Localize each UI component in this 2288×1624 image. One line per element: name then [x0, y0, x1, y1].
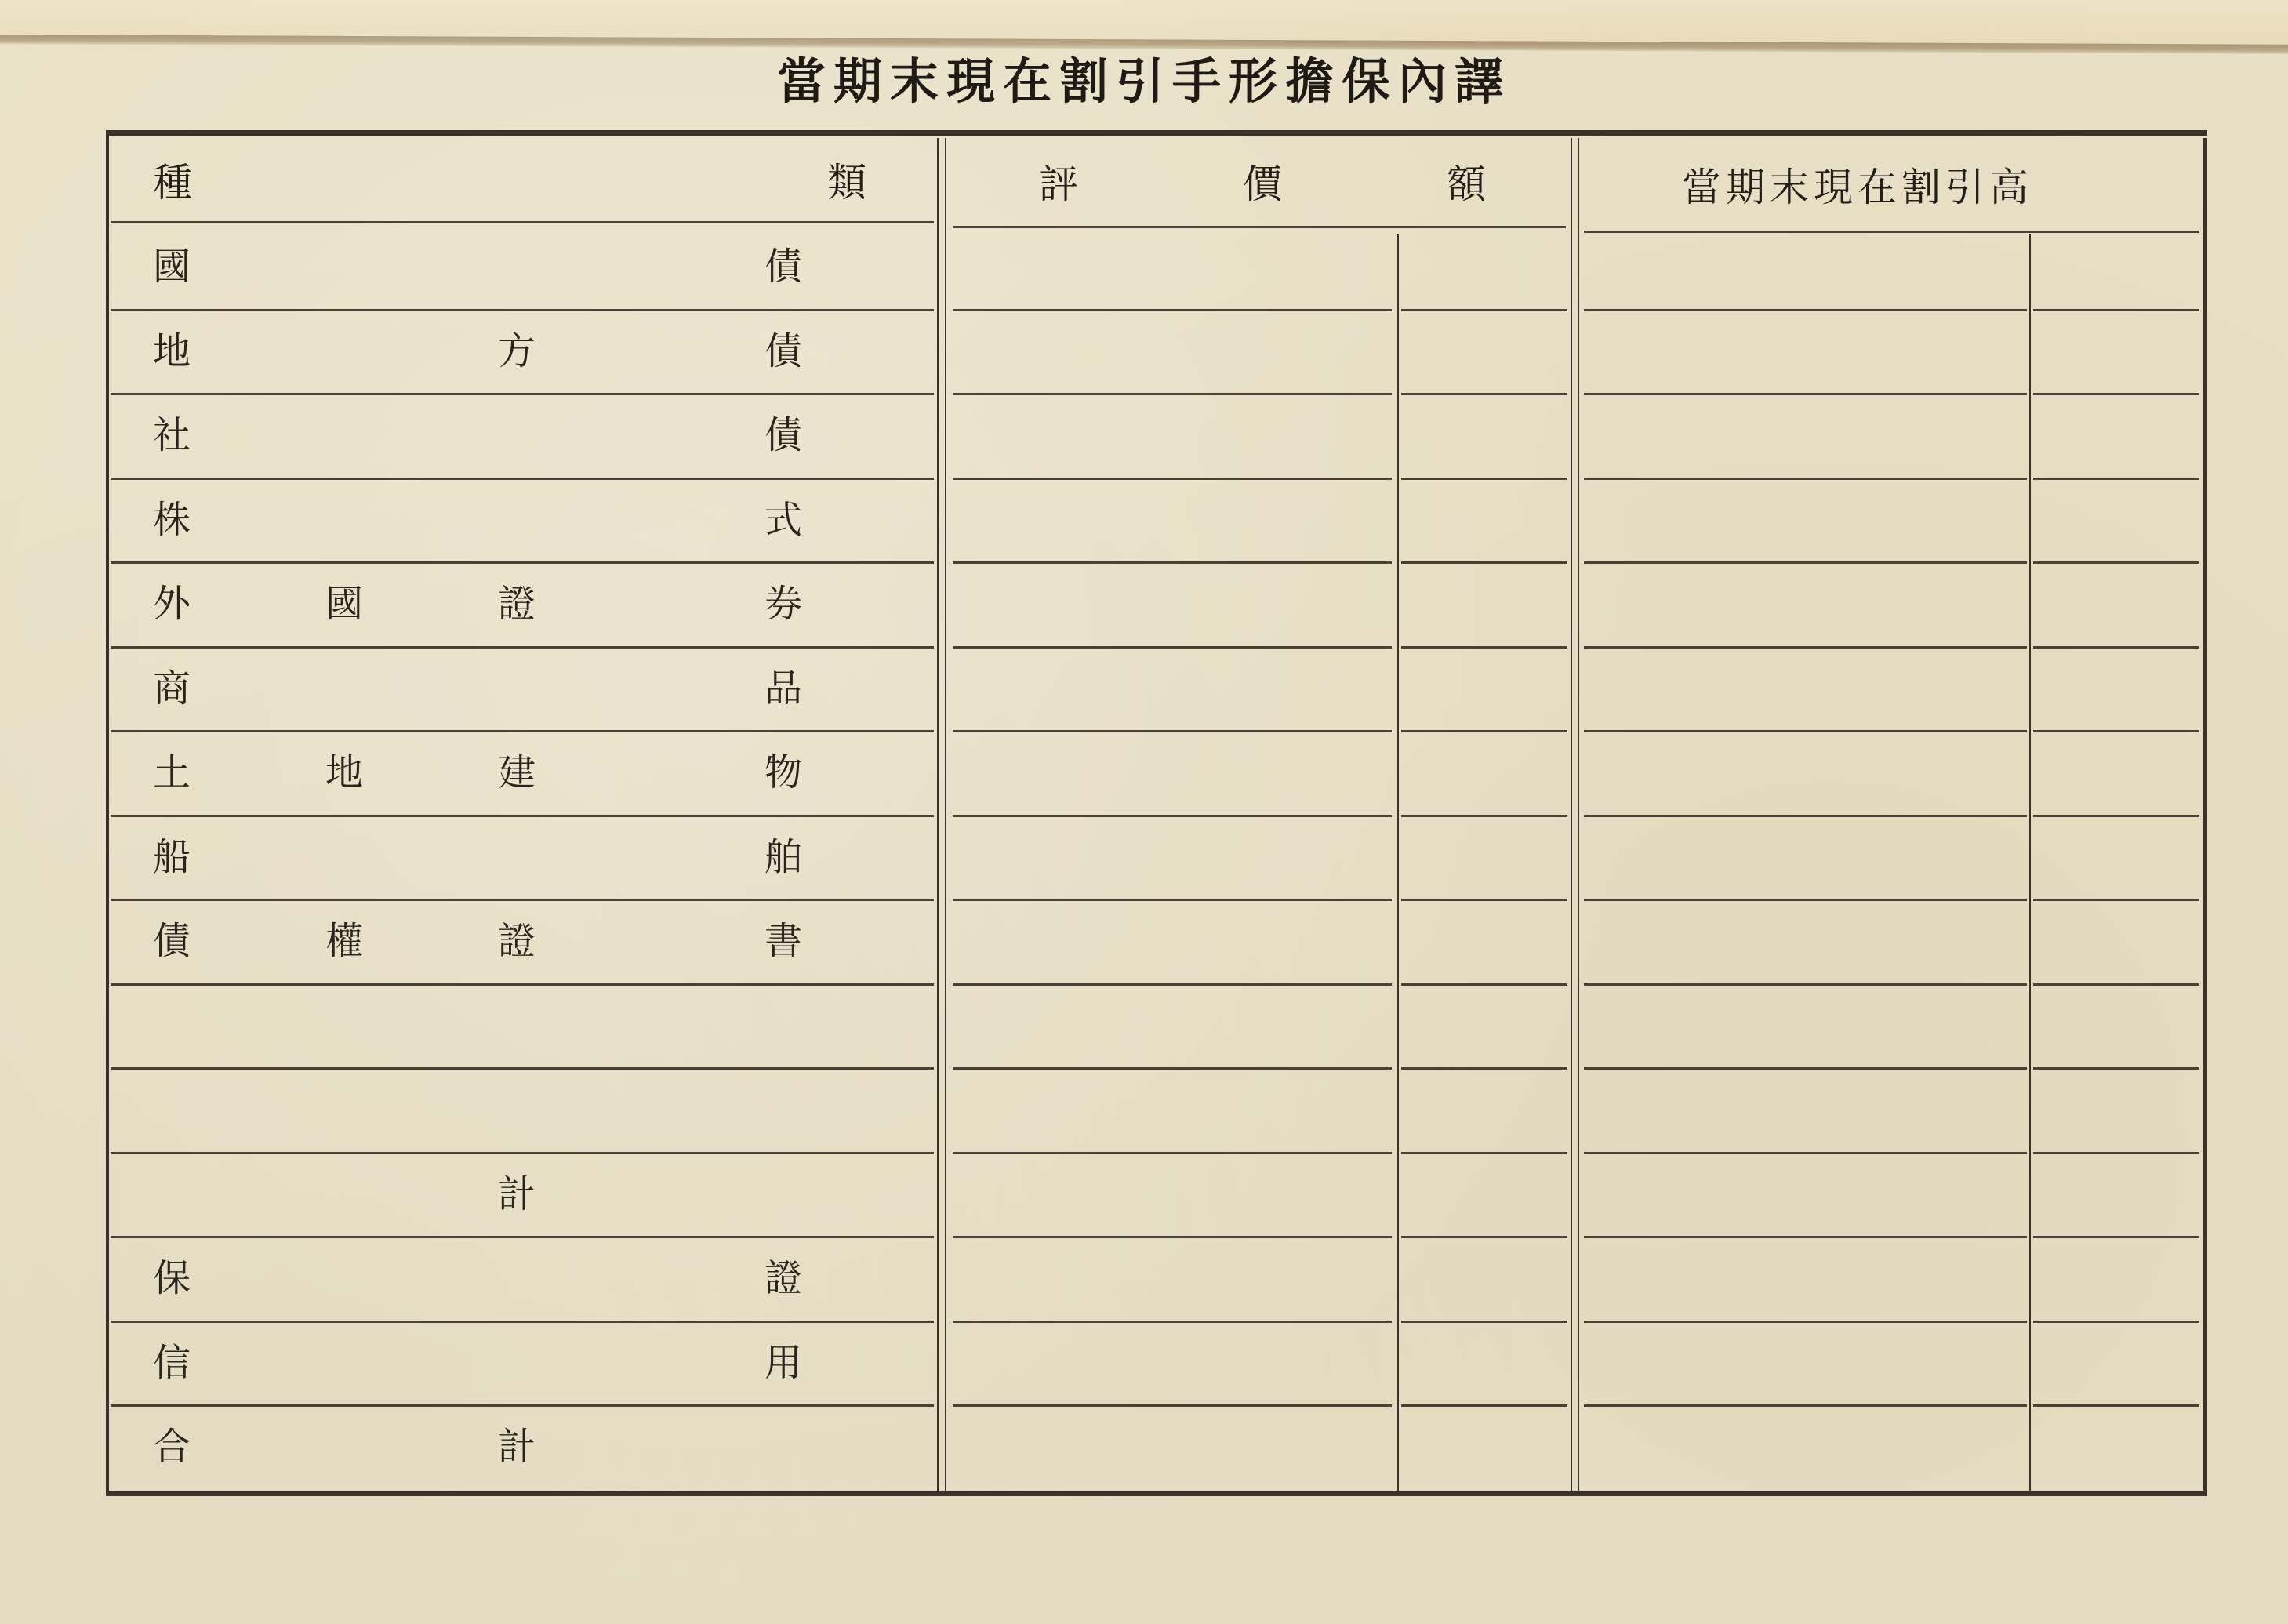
row-rule-valuation	[953, 309, 1392, 311]
balance-cell	[1584, 1070, 2027, 1149]
header-kind-right: 類	[827, 163, 866, 202]
page-title: 當期末現在割引手形擔保內譯	[0, 42, 2288, 112]
row-rule-balance	[1584, 1067, 2027, 1070]
valuation-cell	[953, 649, 1392, 728]
row-rule-balance	[1584, 983, 2027, 986]
row-label-char: 計	[498, 1175, 536, 1213]
valuation-cell	[953, 312, 1392, 391]
row-rule-valuation-sub	[1401, 309, 1567, 311]
table-row-label: 地方債	[106, 309, 937, 392]
valuation-sub-cell	[1401, 902, 1567, 980]
valuation-sub-cell	[1401, 1324, 1567, 1402]
header-discount-balance: 當期末現在割引高	[1682, 168, 2033, 207]
valuation-sub-cell	[1401, 481, 1567, 559]
balance-sub-cell	[2033, 312, 2199, 391]
header-kind-left: 種	[153, 163, 192, 202]
table-row-label: 信用	[106, 1321, 937, 1404]
row-label-char: 證	[764, 1259, 802, 1297]
row-rule-valuation	[953, 1067, 1392, 1070]
balance-sub-cell	[2033, 1239, 2199, 1317]
row-rule-balance-sub	[2033, 478, 2199, 480]
header-valuation-2: 價	[1243, 165, 1282, 204]
row-rule-valuation-sub	[1401, 1152, 1567, 1154]
table-row-label	[106, 983, 937, 1066]
divider-kind-valuation-a	[937, 138, 939, 1491]
table-row-label: 債權證書	[106, 899, 937, 982]
row-rule-balance	[1584, 646, 2027, 649]
row-rule-balance	[1584, 393, 2027, 395]
row-rule-valuation	[953, 1236, 1392, 1238]
header-bottom-rule-kind	[111, 221, 934, 223]
table-right-border	[2203, 138, 2207, 1495]
balance-sub-cell	[2033, 227, 2199, 306]
valuation-cell	[953, 986, 1392, 1065]
balance-sub-cell	[2033, 1155, 2199, 1233]
row-rule-valuation-sub	[1401, 646, 1567, 649]
row-label-char: 土	[153, 754, 191, 791]
header-valuation-1: 評	[1039, 165, 1078, 204]
valuation-sub-cell	[1401, 227, 1567, 306]
table-row-label: 船舶	[106, 815, 937, 898]
row-rule-valuation	[953, 1152, 1392, 1154]
row-label-char: 合	[153, 1428, 191, 1466]
divider-valuation-sub	[1397, 234, 1399, 1491]
valuation-cell	[953, 902, 1392, 980]
row-label-char: 權	[325, 922, 363, 960]
balance-sub-cell	[2033, 1324, 2199, 1402]
valuation-sub-cell	[1401, 818, 1567, 896]
row-rule-valuation-sub	[1401, 730, 1567, 732]
valuation-cell	[953, 1408, 1392, 1486]
balance-sub-cell	[2033, 396, 2199, 474]
row-label-char: 計	[498, 1428, 536, 1466]
row-label-char: 物	[764, 754, 802, 791]
valuation-sub-cell	[1401, 396, 1567, 474]
row-rule-valuation-sub	[1401, 983, 1567, 986]
row-rule-balance-sub	[2033, 561, 2199, 564]
balance-sub-cell	[2033, 1070, 2199, 1149]
valuation-sub-cell	[1401, 1408, 1567, 1486]
valuation-sub-cell	[1401, 1070, 1567, 1149]
valuation-sub-cell	[1401, 312, 1567, 391]
header-valuation-3: 額	[1447, 165, 1486, 204]
valuation-cell	[953, 1239, 1392, 1317]
row-rule-balance-sub	[2033, 1236, 2199, 1238]
divider-kind-valuation-b	[945, 138, 946, 1491]
row-label-char: 商	[153, 670, 191, 707]
table-row-label: 社債	[106, 393, 937, 476]
row-rule-balance	[1584, 1321, 2027, 1323]
balance-cell	[1584, 733, 2027, 812]
row-rule-valuation-sub	[1401, 899, 1567, 901]
row-rule-valuation	[953, 899, 1392, 901]
balance-cell	[1584, 1408, 2027, 1486]
balance-sub-cell	[2033, 818, 2199, 896]
valuation-cell	[953, 818, 1392, 896]
row-label-char: 船	[153, 838, 191, 876]
row-rule-valuation-sub	[1401, 478, 1567, 480]
table-top-rule	[106, 130, 2207, 136]
row-rule-balance-sub	[2033, 899, 2199, 901]
table-row-label: 株式	[106, 478, 937, 561]
row-rule-valuation	[953, 730, 1392, 732]
row-rule-valuation	[953, 561, 1392, 564]
row-label-char: 債	[764, 332, 802, 370]
table-row-label: 外國證券	[106, 561, 937, 645]
row-label-char: 書	[764, 922, 802, 960]
valuation-cell	[953, 396, 1392, 474]
row-label-char: 地	[325, 754, 363, 791]
row-rule-balance-sub	[2033, 983, 2199, 986]
valuation-sub-cell	[1401, 649, 1567, 728]
balance-cell	[1584, 481, 2027, 559]
valuation-cell	[953, 1324, 1392, 1402]
row-rule-balance	[1584, 1152, 2027, 1154]
row-rule-balance	[1584, 730, 2027, 732]
row-rule-balance-sub	[2033, 1404, 2199, 1407]
row-label-char: 式	[764, 501, 802, 539]
row-label-char: 國	[325, 585, 363, 623]
row-rule-balance	[1584, 309, 2027, 311]
row-label-char: 方	[498, 332, 536, 370]
row-label-char: 社	[153, 416, 191, 454]
row-label-char: 券	[764, 585, 802, 623]
valuation-sub-cell	[1401, 986, 1567, 1065]
balance-sub-cell	[2033, 481, 2199, 559]
balance-sub-cell	[2033, 902, 2199, 980]
row-rule-balance-sub	[2033, 309, 2199, 311]
row-label-char: 外	[153, 585, 191, 623]
row-label-char: 用	[764, 1344, 802, 1382]
row-label-char: 國	[153, 248, 191, 285]
row-rule-balance	[1584, 1404, 2027, 1407]
balance-sub-cell	[2033, 1408, 2199, 1486]
divider-valuation-balance-b	[1578, 138, 1579, 1491]
table-bottom-rule	[106, 1491, 2207, 1496]
row-label-char: 品	[764, 670, 802, 707]
row-rule-valuation	[953, 478, 1392, 480]
row-label-char: 信	[153, 1344, 191, 1382]
row-rule-valuation	[953, 1321, 1392, 1323]
row-rule-valuation-sub	[1401, 1404, 1567, 1407]
row-rule-valuation-sub	[1401, 393, 1567, 395]
valuation-cell	[953, 733, 1392, 812]
table-row-label	[106, 1067, 937, 1150]
balance-cell	[1584, 396, 2027, 474]
row-rule-valuation-sub	[1401, 1067, 1567, 1070]
row-rule-balance	[1584, 561, 2027, 564]
valuation-sub-cell	[1401, 733, 1567, 812]
valuation-cell	[953, 227, 1392, 306]
row-rule-balance	[1584, 1236, 2027, 1238]
table-row-label: 計	[106, 1152, 937, 1235]
row-rule-valuation-sub	[1401, 815, 1567, 817]
balance-cell	[1584, 649, 2027, 728]
row-rule-balance-sub	[2033, 1321, 2199, 1323]
balance-sub-cell	[2033, 565, 2199, 643]
row-rule-balance-sub	[2033, 730, 2199, 732]
row-rule-balance	[1584, 899, 2027, 901]
balance-cell	[1584, 312, 2027, 391]
row-rule-valuation	[953, 983, 1392, 986]
row-label-char: 保	[153, 1259, 191, 1297]
balance-sub-cell	[2033, 986, 2199, 1065]
row-rule-valuation-sub	[1401, 561, 1567, 564]
balance-cell	[1584, 1324, 2027, 1402]
balance-cell	[1584, 565, 2027, 643]
row-label-char: 地	[153, 332, 191, 370]
balance-cell	[1584, 986, 2027, 1065]
divider-valuation-balance-a	[1571, 138, 1572, 1491]
table-row-label: 商品	[106, 646, 937, 729]
row-label-char: 債	[764, 248, 802, 285]
balance-cell	[1584, 227, 2027, 306]
row-rule-valuation	[953, 646, 1392, 649]
valuation-sub-cell	[1401, 1155, 1567, 1233]
row-rule-valuation	[953, 1404, 1392, 1407]
valuation-sub-cell	[1401, 1239, 1567, 1317]
balance-cell	[1584, 1155, 2027, 1233]
row-label-char: 株	[153, 501, 191, 539]
balance-cell	[1584, 1239, 2027, 1317]
row-rule-valuation-sub	[1401, 1321, 1567, 1323]
valuation-sub-cell	[1401, 565, 1567, 643]
valuation-cell	[953, 1155, 1392, 1233]
table-row-label: 保證	[106, 1236, 937, 1319]
row-label-char: 舶	[764, 838, 802, 876]
row-label-char: 證	[498, 585, 536, 623]
valuation-cell	[953, 1070, 1392, 1149]
balance-cell	[1584, 818, 2027, 896]
valuation-cell	[953, 481, 1392, 559]
row-rule-balance-sub	[2033, 815, 2199, 817]
balance-sub-cell	[2033, 649, 2199, 728]
row-rule-valuation-sub	[1401, 1236, 1567, 1238]
row-rule-valuation	[953, 393, 1392, 395]
row-rule-valuation	[953, 815, 1392, 817]
table-row-label: 國債	[106, 224, 937, 307]
row-label-char: 證	[498, 922, 536, 960]
collateral-breakdown-table: 種 類 評 價 額 當期末現在割引高 國債地方債社債株式外國證券商品土地建物船舶…	[106, 130, 2207, 1496]
balance-sub-cell	[2033, 733, 2199, 812]
row-label-char: 債	[153, 922, 191, 960]
row-rule-balance	[1584, 815, 2027, 817]
table-row-label: 合計	[106, 1404, 937, 1488]
row-rule-balance-sub	[2033, 1152, 2199, 1154]
valuation-cell	[953, 565, 1392, 643]
divider-balance-sub	[2029, 234, 2031, 1491]
table-row-label: 土地建物	[106, 730, 937, 813]
row-rule-balance-sub	[2033, 393, 2199, 395]
row-rule-balance	[1584, 478, 2027, 480]
row-rule-balance-sub	[2033, 646, 2199, 649]
row-label-char: 債	[764, 416, 802, 454]
row-label-char: 建	[498, 754, 536, 791]
row-rule-balance-sub	[2033, 1067, 2199, 1070]
balance-cell	[1584, 902, 2027, 980]
